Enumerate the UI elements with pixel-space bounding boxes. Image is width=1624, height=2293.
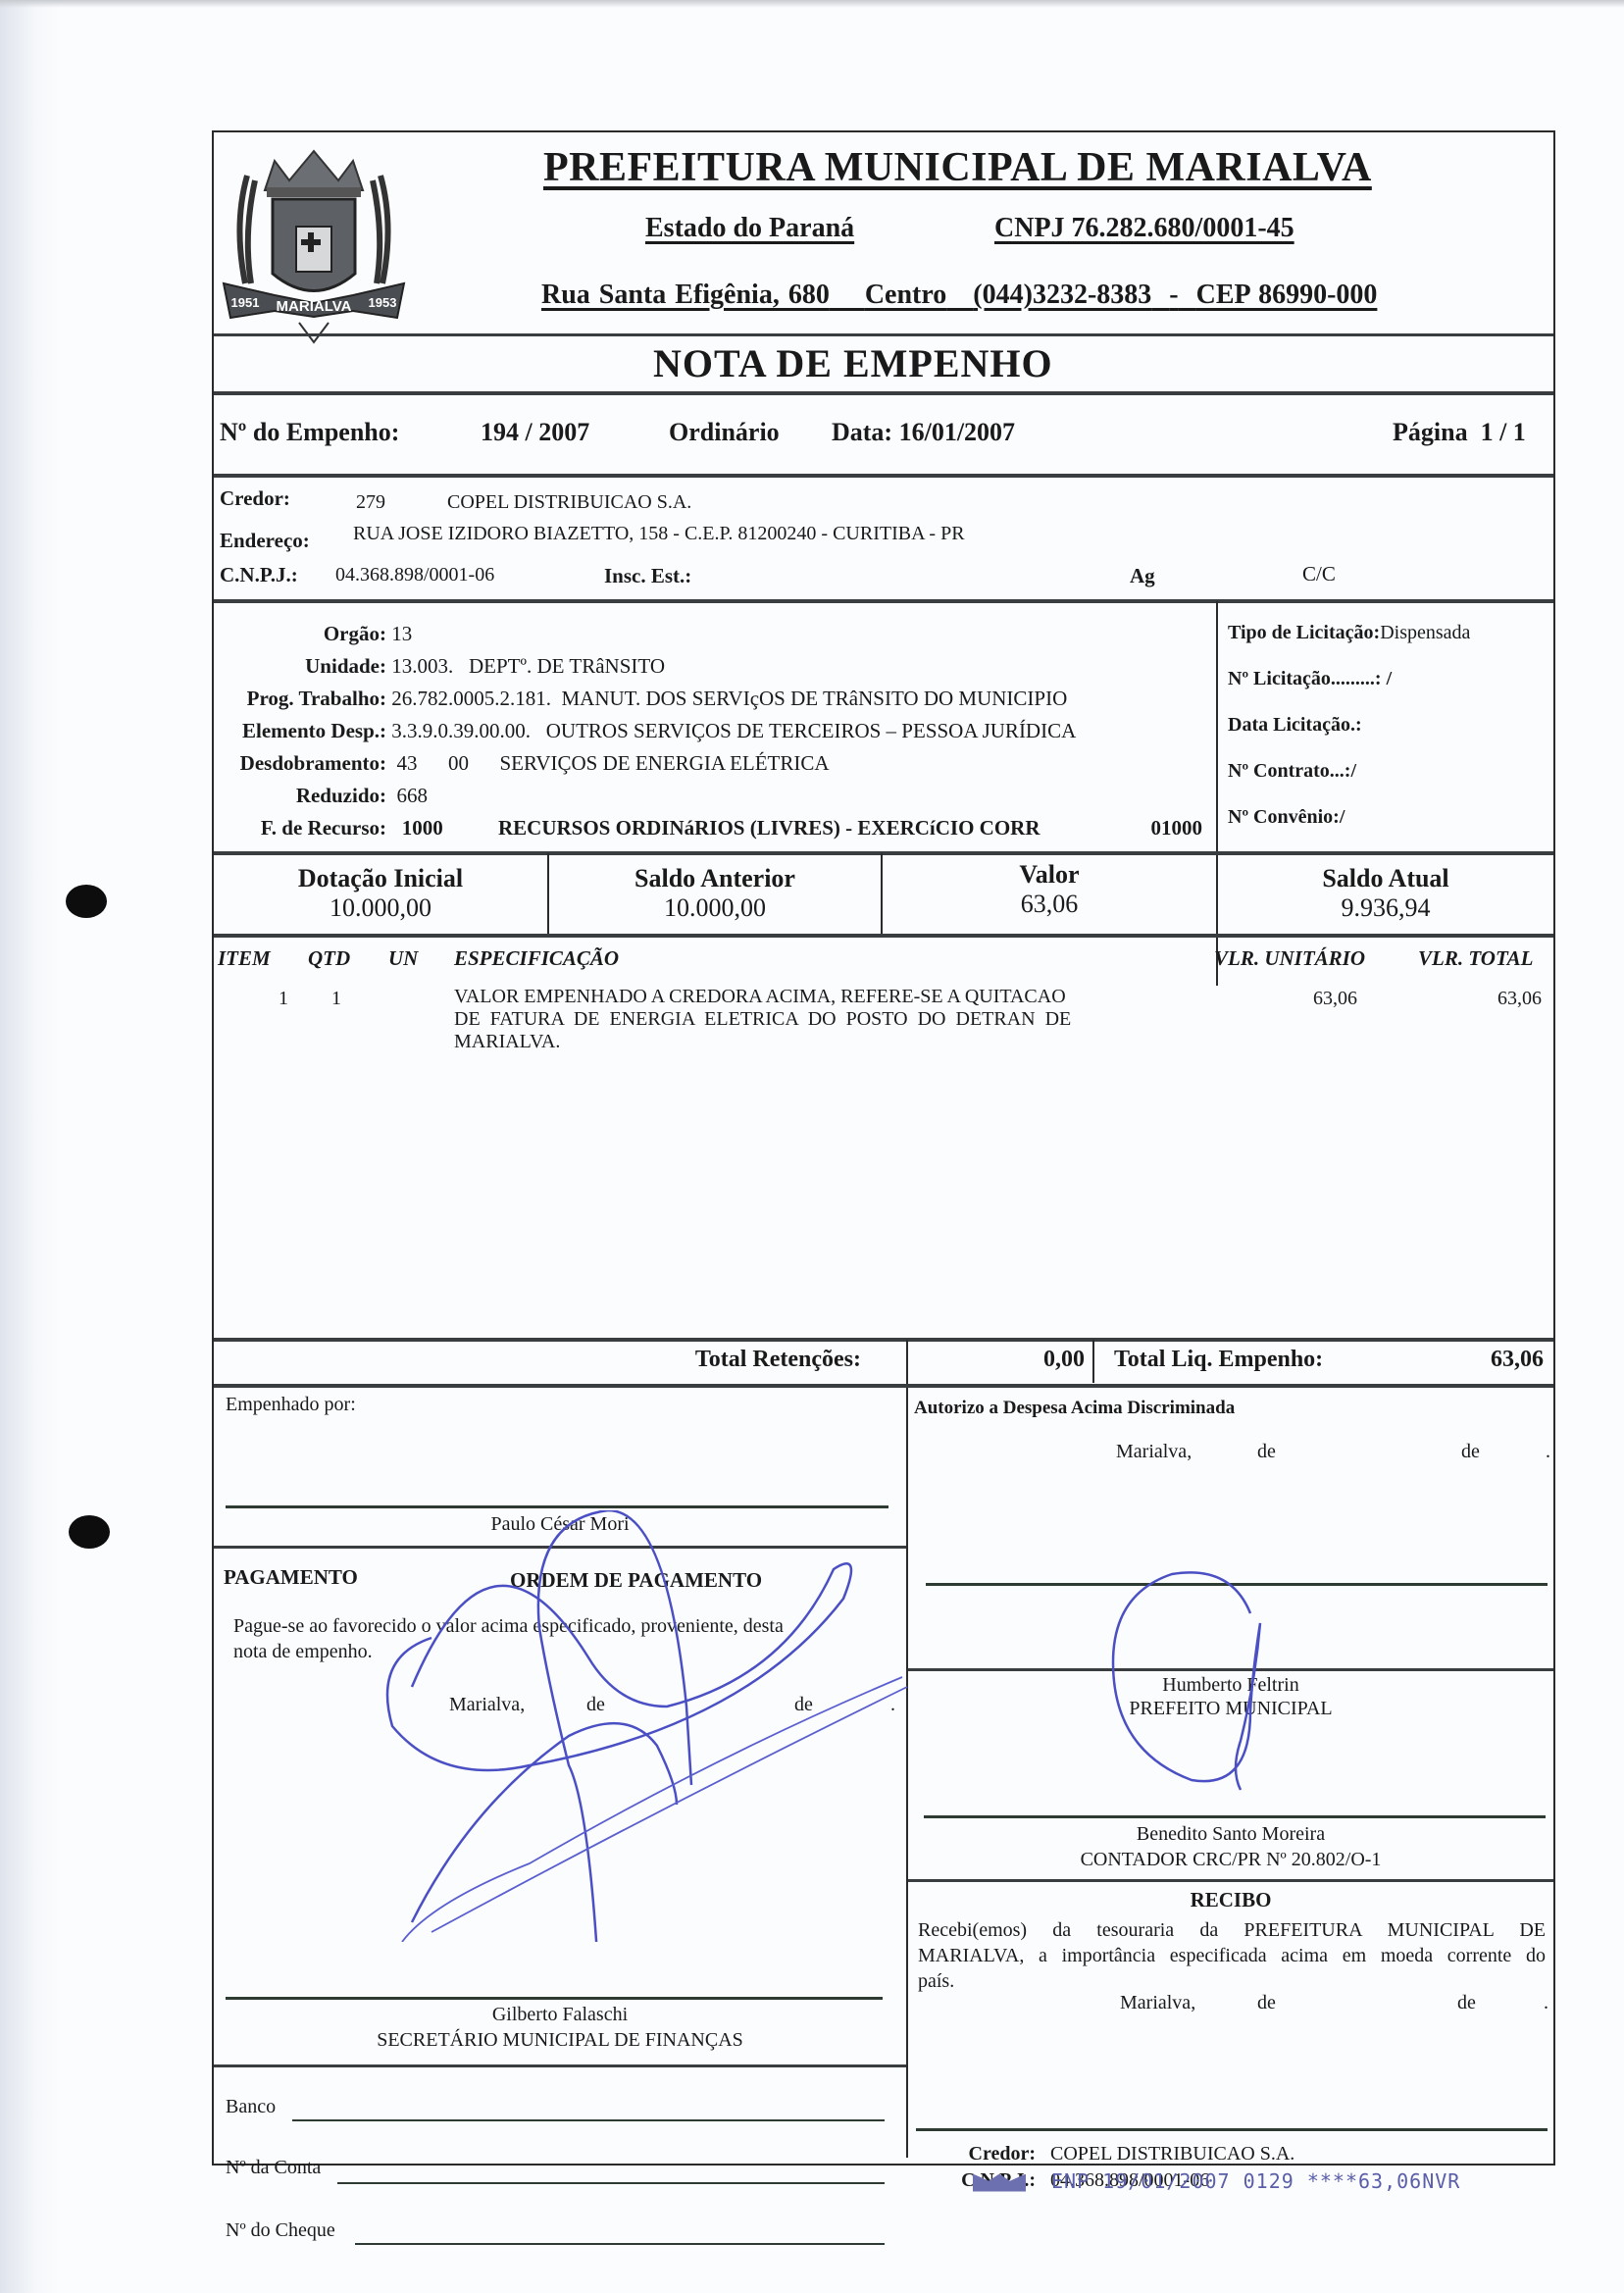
credor-label: Credor:: [220, 486, 290, 511]
numero-licitacao: Nº Licitação.........: /: [1228, 669, 1470, 715]
signature-line: [226, 1997, 883, 2000]
empenho-date: Data: 16/01/2007: [832, 418, 1015, 447]
street: Rua Santa Efigênia, 680: [541, 280, 830, 310]
page-indicator: Página 1 / 1: [1393, 418, 1526, 447]
divider: [214, 2064, 906, 2067]
tipo-licitacao: Tipo de Licitação:Dispensada: [1228, 623, 1470, 669]
pagamento-date-line: Marialva, de de .: [449, 1694, 525, 1716]
divider: [214, 1338, 1553, 1342]
svg-text:1951: 1951: [231, 295, 260, 310]
cep: CEP 86990-000: [1196, 280, 1378, 310]
autorizo-label: Autorizo a Despesa Acima Discriminada: [914, 1398, 1235, 1419]
total-liquido-value: 63,06: [1420, 1347, 1544, 1373]
municipality-title: PREFEITURA MUNICIPAL DE MARIALVA: [543, 144, 1372, 191]
signature-line: [924, 1815, 1546, 1818]
signature-line: [926, 1583, 1548, 1586]
svg-text:1953: 1953: [369, 295, 397, 310]
state-label: Estado do Paraná: [645, 213, 854, 244]
cnpj-label: C.N.P.J.:: [220, 563, 298, 587]
item-especificacao: VALOR EMPENHADO A CREDORA ACIMA, REFERE-…: [454, 986, 1170, 1053]
banco-field[interactable]: [292, 2119, 885, 2121]
phone: (044)3232-8383: [973, 280, 1151, 310]
conta-field[interactable]: [337, 2182, 885, 2184]
district: Centro: [865, 280, 946, 310]
cheque-label: Nº do Cheque: [226, 2219, 335, 2242]
secretario-signature: Gilberto Falaschi SECRETÁRIO MUNICIPAL D…: [214, 2002, 906, 2053]
column-divider: [1216, 601, 1218, 986]
ordem-pagamento-text: Pague-se ao favorecido o valor acima esp…: [233, 1613, 784, 1664]
payment-stamp: ENP 19/01/2007 0129 ****63,06NVR: [973, 2169, 1460, 2193]
municipality-address: Rua Santa Efigênia, 680 Centro (044)3232…: [541, 280, 1377, 311]
conta-label: Nº da Conta: [226, 2157, 321, 2179]
nota-de-empenho-form: MARIALVA 1951 1953 PREFEITURA MUNICIPAL …: [212, 130, 1555, 2166]
divider: [214, 851, 1553, 855]
punch-hole-top: [66, 885, 107, 918]
unidade-row: Unidade: 13.003. DEPTº. DE TRâNSITO: [214, 650, 1214, 683]
municipality-cnpj: CNPJ 76.282.680/0001-45: [994, 213, 1294, 244]
col-header-qtd: QTD: [308, 946, 350, 971]
address-label: Endereço:: [220, 529, 310, 553]
divider: [214, 391, 1553, 395]
cheque-field[interactable]: [355, 2243, 885, 2245]
recurso-row: F. de Recurso: 1000RECURSOS ORDINáRIOS (…: [214, 812, 1214, 844]
programa-row: Prog. Trabalho: 26.782.0005.2.181. MANUT…: [214, 683, 1214, 715]
autorizo-date-line: Marialva, de de .: [1116, 1441, 1192, 1463]
scan-shadow: [0, 0, 59, 2293]
divider: [214, 599, 1553, 603]
numero-contrato: Nº Contrato...:/: [1228, 761, 1470, 807]
reduzido-row: Reduzido: 668: [214, 780, 1214, 812]
divider: [908, 1879, 1553, 1882]
recibo-title: RECIBO: [908, 1888, 1553, 1912]
credor-name: COPEL DISTRIBUICAO S.A.: [447, 491, 691, 514]
punch-hole-bottom: [69, 1515, 110, 1549]
col-header-un: UN: [388, 946, 418, 971]
col-header-vlr-unitario: VLR. UNITÁRIO: [1214, 946, 1365, 971]
numero-convenio: Nº Convênio:/: [1228, 807, 1470, 853]
municipal-crest-icon: MARIALVA 1951 1953: [216, 136, 412, 347]
item-vlr-total: 63,06: [1449, 988, 1542, 1010]
valor: Valor 63,06: [883, 860, 1216, 919]
pagamento-label: PAGAMENTO: [224, 1565, 358, 1590]
saldo-atual: Saldo Atual 9.936,94: [1218, 864, 1553, 923]
item-number: 1: [279, 988, 288, 1010]
column-divider: [1092, 1340, 1094, 1383]
divider: [214, 934, 1553, 938]
licitacao-panel: Tipo de Licitação:Dispensada Nº Licitaçã…: [1228, 623, 1470, 853]
empenhado-por-label: Empenhado por:: [226, 1394, 356, 1416]
scan-edge: [0, 0, 1624, 8]
insc-est-label: Insc. Est.:: [604, 564, 691, 588]
banco-label: Banco: [226, 2096, 276, 2118]
prefeito-signature: Humberto Feltrin PREFEITO MUNICIPAL: [908, 1673, 1553, 1720]
contador-signature: Benedito Santo Moreira CONTADOR CRC/PR N…: [908, 1821, 1553, 1872]
item-qtd: 1: [331, 988, 341, 1010]
svg-text:MARIALVA: MARIALVA: [277, 298, 352, 315]
desdobramento-row: Desdobramento: 43 00 SERVIÇOS DE ENERGIA…: [214, 747, 1214, 780]
col-header-vlr-total: VLR. TOTAL: [1418, 946, 1533, 971]
total-retencoes-label: Total Retenções:: [214, 1347, 861, 1373]
empenhado-signer: Paulo César Mori: [214, 1513, 906, 1536]
divider: [214, 474, 1553, 478]
col-header-item: ITEM: [218, 946, 271, 971]
stamp-logo-icon: [973, 2174, 1026, 2192]
orgao-row: Orgão: 13: [214, 618, 1214, 650]
divider: [908, 1668, 1553, 1671]
total-liquido-label: Total Liq. Empenho:: [1114, 1347, 1323, 1373]
column-divider: [906, 1340, 908, 2158]
cc-label: C/C: [1302, 562, 1336, 586]
credor-address: RUA JOSE IZIDORO BIAZETTO, 158 - C.E.P. …: [353, 523, 965, 545]
empenho-number-label: Nº do Empenho:: [220, 418, 399, 447]
divider: [214, 1384, 1553, 1388]
budget-classification: Orgão: 13 Unidade: 13.003. DEPTº. DE TRâ…: [214, 618, 1214, 844]
divider: [214, 333, 1553, 336]
credor-code: 279: [356, 491, 385, 514]
ag-label: Ag: [1130, 564, 1155, 588]
ordem-pagamento-title: ORDEM DE PAGAMENTO: [510, 1568, 762, 1593]
recibo-date-line: Marialva, de de .: [1120, 1992, 1195, 2014]
dotacao-inicial: Dotação Inicial 10.000,00: [214, 864, 547, 923]
recibo-text: Recebi(emos) da tesouraria da PREFEITURA…: [918, 1917, 1546, 1994]
empenho-type: Ordinário: [669, 418, 780, 447]
saldo-anterior: Saldo Anterior 10.000,00: [549, 864, 881, 923]
data-licitacao: Data Licitação.:: [1228, 715, 1470, 761]
item-vlr-unitario: 63,06: [1273, 988, 1357, 1010]
signature-line: [226, 1505, 888, 1508]
elemento-row: Elemento Desp.: 3.3.9.0.39.00.00. OUTROS…: [214, 715, 1214, 747]
empenho-number: 194 / 2007: [481, 418, 589, 447]
credor-cnpj: 04.368.898/0001-06: [335, 564, 494, 586]
col-header-especificacao: ESPECIFICAÇÃO: [454, 946, 619, 971]
divider: [214, 1546, 906, 1549]
total-retencoes-value: 0,00: [908, 1347, 1085, 1373]
document-title: NOTA DE EMPENHO: [653, 340, 1053, 386]
